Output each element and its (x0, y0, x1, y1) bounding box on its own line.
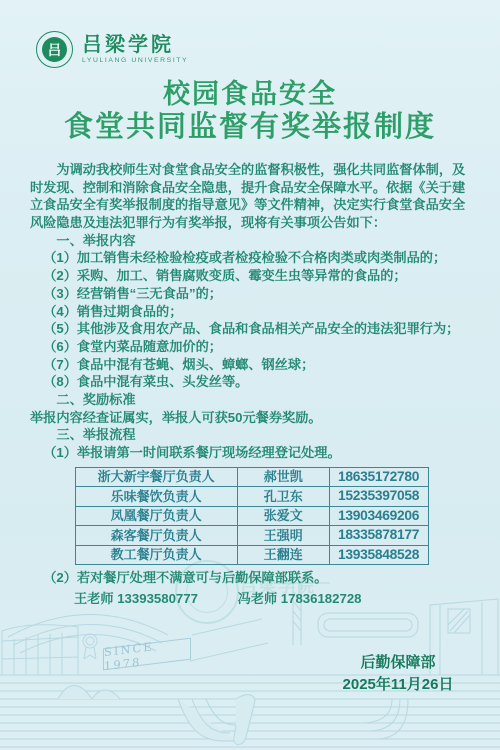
section1-heading: 一、举报内容 (30, 232, 473, 250)
university-name-cn: 吕梁学院 (82, 34, 188, 54)
teacher-wang-contact: 王老师 13393580777 (74, 591, 198, 606)
contact-phone: 18335878177 (329, 526, 428, 545)
process-step-1: （1）举报请第一时间联系餐厅现场经理登记处理。 (30, 444, 473, 462)
contact-name: 王翻连 (237, 545, 329, 564)
poster-footer: 后勤保障部 2025年11月26日 (298, 652, 498, 696)
issue-date: 2025年11月26日 (298, 674, 498, 696)
section2-heading: 二、奖励标准 (30, 391, 473, 409)
table-row: 教工餐厅负责人 王翻连 13935848528 (75, 545, 428, 564)
reward-text: 举报内容经查证属实，举报人可获50元餐券奖励。 (30, 409, 473, 427)
contact-name: 王强明 (237, 526, 329, 545)
report-item-7: （7）食品中混有苍蝇、烟头、蟑螂、钢丝球； (30, 356, 473, 374)
poster-title-line2: 食堂共同监督有奖举报制度 (0, 112, 500, 143)
poster-body: 为调动我校师生对食堂食品安全的监督积极性，强化共同监督体制，及时发现、控制和消除… (30, 161, 473, 607)
table-row: 浙大新宇餐厅负责人 郝世凯 18635172780 (75, 467, 428, 486)
contact-phone: 13903469206 (329, 506, 428, 525)
university-name-block: 吕梁学院 LYULIANG UNIVERSITY (82, 34, 188, 65)
restaurant-role: 凤凰餐厅负责人 (75, 506, 237, 525)
contact-phone: 15235397058 (329, 487, 428, 506)
section3-heading: 三、举报流程 (30, 426, 473, 444)
table-row: 乐味餐饮负责人 孔卫东 15235397058 (75, 487, 428, 506)
report-item-3: （3）经营销售“三无食品”的； (30, 285, 473, 303)
report-item-1: （1）加工销售未经检验检疫或者检疫检验不合格肉类或肉类制品的； (30, 249, 473, 267)
university-name-en: LYULIANG UNIVERSITY (82, 58, 188, 65)
backup-contacts-line: 王老师 13393580777 冯老师 17836182728 (30, 590, 473, 608)
report-item-2: （2）采购、加工、销售腐败变质、霉变生虫等异常的食品的； (30, 267, 473, 285)
seal-glyph: 吕 (42, 37, 67, 62)
university-seal-icon: 吕 (36, 31, 73, 68)
report-item-5: （5）其他涉及食用农产品、食品和食品相关产品安全的违法犯罪行为； (30, 320, 473, 338)
contact-phone: 13935848528 (329, 545, 428, 564)
contact-phone: 18635172780 (329, 467, 428, 486)
contact-name: 郝世凯 (237, 467, 329, 486)
restaurant-contact-table: 浙大新宇餐厅负责人 郝世凯 18635172780 乐味餐饮负责人 孔卫东 15… (75, 467, 429, 565)
report-item-6: （6）食堂内菜品随意加价的； (30, 338, 473, 356)
food-safety-poster: 吕梁学院 (0, 0, 500, 750)
restaurant-role: 浙大新宇餐厅负责人 (75, 467, 237, 486)
issuing-department: 后勤保障部 (298, 652, 498, 674)
table-row: 凤凰餐厅负责人 张爱文 13903469206 (75, 506, 428, 525)
contact-name: 孔卫东 (237, 487, 329, 506)
report-item-4: （4）销售过期食品的； (30, 303, 473, 321)
report-item-8: （8）食品中混有菜虫、头发丝等。 (30, 373, 473, 391)
restaurant-role: 乐味餐饮负责人 (75, 487, 237, 506)
intro-paragraph: 为调动我校师生对食堂食品安全的监督积极性，强化共同监督体制，及时发现、控制和消除… (30, 161, 473, 232)
teacher-feng-contact: 冯老师 17836182728 (238, 591, 362, 606)
restaurant-role: 森客餐厅负责人 (75, 526, 237, 545)
table-row: 森客餐厅负责人 王强明 18335878177 (75, 526, 428, 545)
university-logo: 吕 吕梁学院 LYULIANG UNIVERSITY (36, 31, 188, 68)
contact-name: 张爱文 (237, 506, 329, 525)
poster-title: 校园食品安全 食堂共同监督有奖举报制度 (0, 80, 500, 143)
poster-title-line1: 校园食品安全 (0, 80, 500, 109)
restaurant-role: 教工餐厅负责人 (75, 545, 237, 564)
process-step-2: （2）若对餐厅处理不满意可与后勤保障部联系。 (30, 569, 473, 587)
